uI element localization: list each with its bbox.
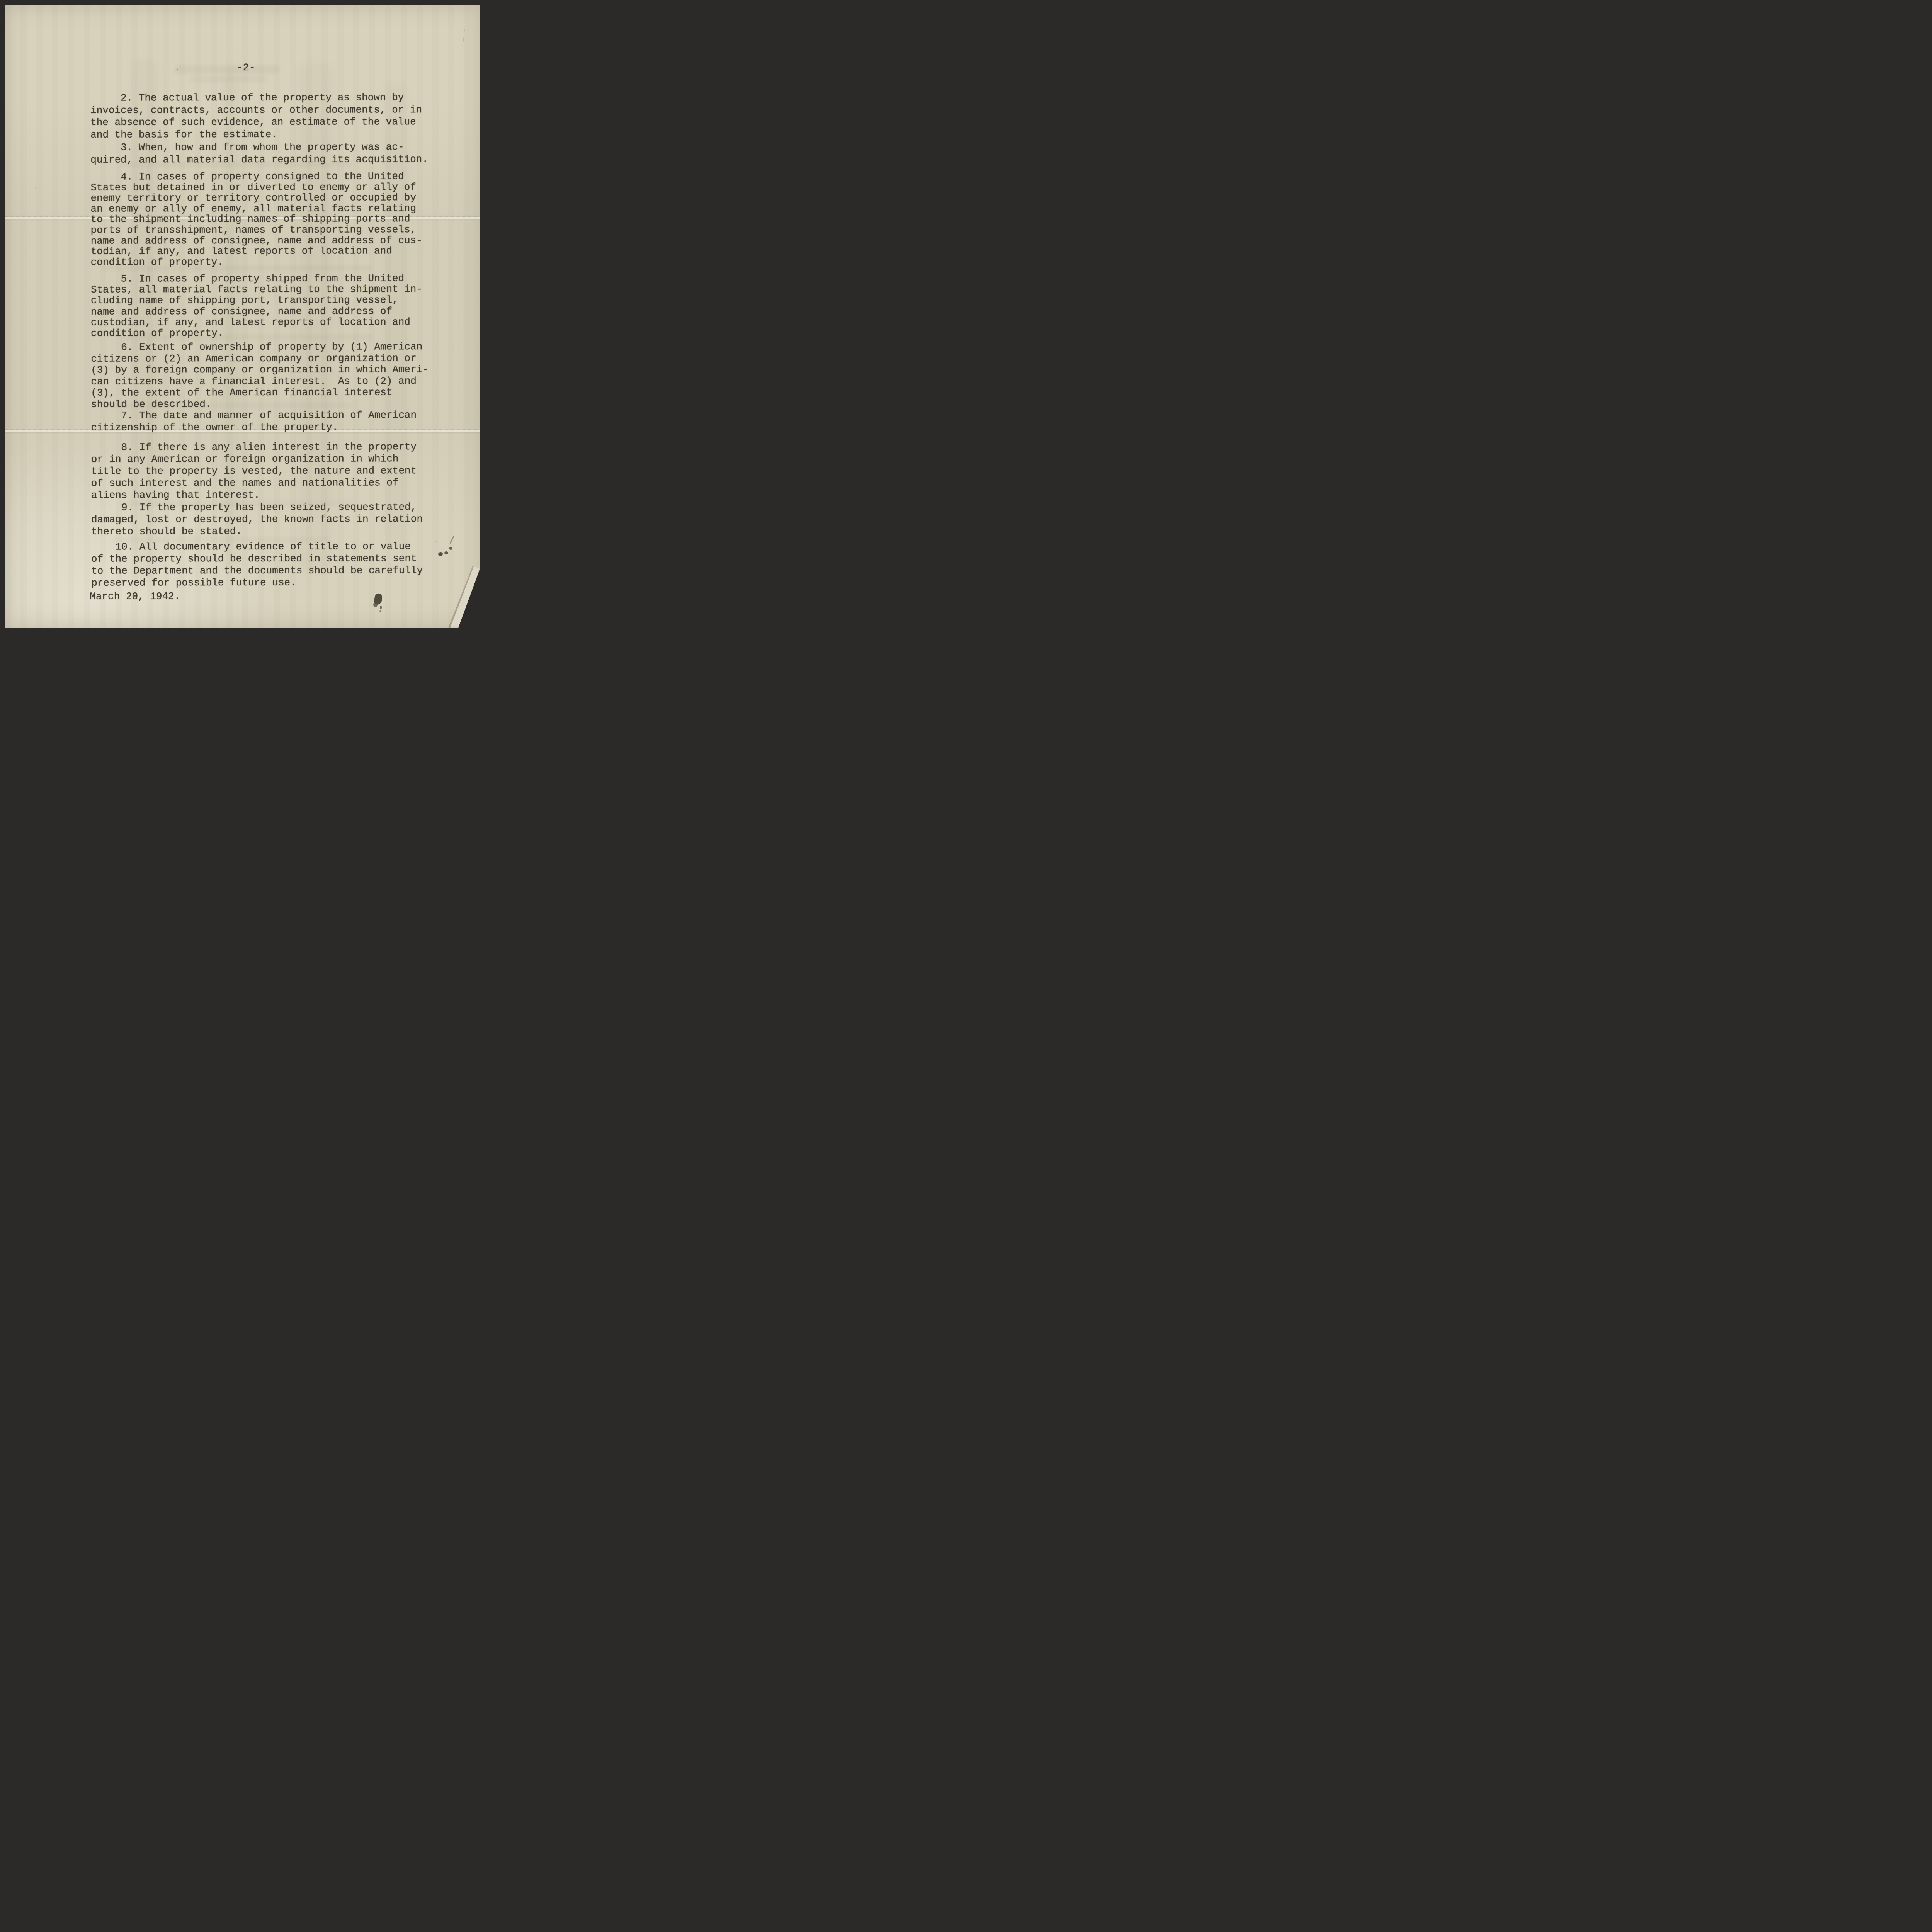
ink-blot-brown bbox=[380, 606, 382, 609]
typed-line: todian, if any, and latest reports of lo… bbox=[91, 246, 464, 257]
typed-line: 2. The actual value of the property as s… bbox=[90, 92, 464, 104]
typed-line: damaged, lost or destroyed, the known fa… bbox=[91, 513, 465, 526]
typed-line: (3), the extent of the American financia… bbox=[91, 387, 464, 399]
typed-line: 4. In cases of property consigned to the… bbox=[90, 171, 464, 182]
paper-speck bbox=[177, 69, 178, 70]
date-line: March 20, 1942. bbox=[90, 590, 180, 602]
typed-line: 10. All documentary evidence of title to… bbox=[91, 541, 465, 553]
ink-blot bbox=[449, 547, 452, 550]
ink-blot-brown bbox=[379, 610, 381, 612]
typed-line: 9. If the property has been seized, sequ… bbox=[91, 501, 465, 514]
typed-line: invoices, contracts, accounts or other d… bbox=[90, 104, 464, 116]
paragraph-item-10: 10. All documentary evidence of title to… bbox=[91, 541, 465, 589]
typed-line: thereto should be stated. bbox=[91, 525, 465, 538]
paragraph-item-8: 8. If there is any alien interest in the… bbox=[91, 441, 465, 502]
typed-line: and the basis for the estimate. bbox=[90, 128, 464, 141]
ink-blot-brown bbox=[373, 602, 378, 607]
paragraph-item-2: 2. The actual value of the property as s… bbox=[90, 92, 464, 141]
page-number: -2- bbox=[236, 62, 256, 73]
typed-line: ports of transshipment, names of transpo… bbox=[91, 224, 464, 236]
typed-line: name and address of consignee, name and … bbox=[91, 235, 464, 247]
typed-line: condition of property. bbox=[91, 327, 464, 339]
typed-line: custodian, if any, and latest reports of… bbox=[91, 316, 464, 328]
typed-line: can citizens have a financial interest. … bbox=[91, 375, 464, 387]
paragraph-item-7: 7. The date and manner of acquisition of… bbox=[91, 409, 464, 434]
typed-line: 6. Extent of ownership of property by (1… bbox=[91, 341, 464, 353]
typed-line: title to the property is vested, the nat… bbox=[91, 465, 465, 478]
ink-speck bbox=[436, 541, 437, 542]
typed-line: (3) by a foreign company or organization… bbox=[91, 364, 464, 376]
typed-line: cluding name of shipping port, transport… bbox=[91, 294, 464, 306]
typed-line: States, all material facts relating to t… bbox=[91, 284, 464, 295]
typed-line: quired, and all material data regarding … bbox=[90, 153, 464, 166]
typed-line: should be described. bbox=[91, 398, 464, 410]
paragraph-item-5: 5. In cases of property shipped from the… bbox=[91, 273, 464, 339]
typed-text-layer: -2- 2. The actual value of the property … bbox=[4, 4, 481, 628]
typed-line: 5. In cases of property shipped from the… bbox=[91, 273, 464, 284]
typed-line: 7. The date and manner of acquisition of… bbox=[91, 409, 464, 422]
typed-line: citizens or (2) an American company or o… bbox=[91, 352, 464, 364]
paragraph-item-9: 9. If the property has been seized, sequ… bbox=[91, 501, 465, 538]
ink-blot bbox=[444, 551, 448, 554]
typed-line: condition of property. bbox=[91, 257, 464, 268]
typed-line: name and address of consignee, name and … bbox=[91, 306, 464, 317]
typed-line: 8. If there is any alien interest in the… bbox=[91, 441, 465, 454]
typed-line: citizenship of the owner of the property… bbox=[91, 421, 464, 434]
paragraph-item-3: 3. When, how and from whom the property … bbox=[90, 141, 464, 166]
typed-line: of the property should be described in s… bbox=[91, 553, 465, 565]
typed-line: preserved for possible future use. bbox=[91, 577, 465, 589]
typed-line: aliens having that interest. bbox=[91, 489, 465, 502]
typed-line: or in any American or foreign organizati… bbox=[91, 453, 465, 466]
ink-speck bbox=[441, 543, 442, 543]
paragraph-item-4: 4. In cases of property consigned to the… bbox=[90, 171, 464, 268]
document-page: -2- 2. The actual value of the property … bbox=[5, 5, 480, 628]
typed-line: to the Department and the documents shou… bbox=[91, 565, 465, 577]
typed-line: of such interest and the names and natio… bbox=[91, 477, 465, 490]
typed-line: enemy territory or territory controlled … bbox=[90, 192, 464, 204]
paragraph-item-6: 6. Extent of ownership of property by (1… bbox=[91, 341, 464, 410]
typed-line: 3. When, how and from whom the property … bbox=[90, 141, 464, 154]
typed-line: the absence of such evidence, an estimat… bbox=[90, 116, 464, 129]
